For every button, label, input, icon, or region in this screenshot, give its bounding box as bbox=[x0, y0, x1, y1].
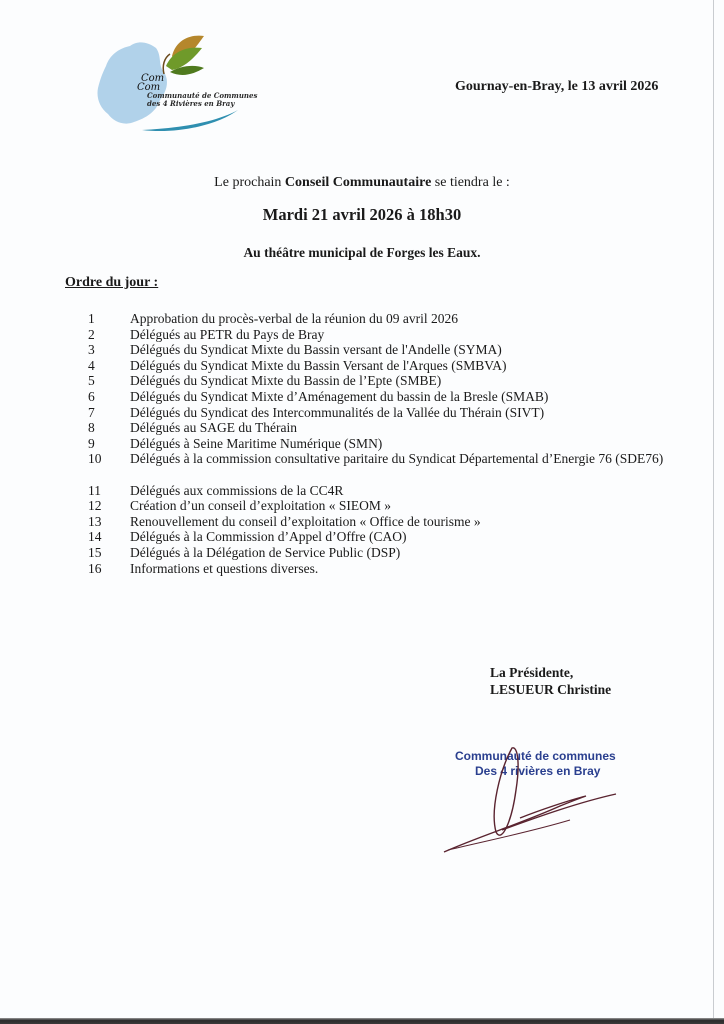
agenda-item: 4Délégués du Syndicat Mixte du Bassin Ve… bbox=[0, 358, 724, 374]
agenda-item-text: Approbation du procès-verbal de la réuni… bbox=[130, 311, 690, 327]
agenda-item-text: Informations et questions diverses. bbox=[130, 561, 690, 577]
signatory-block: La Présidente, LESUEUR Christine bbox=[490, 664, 611, 698]
agenda-item: 12Création d’un conseil d’exploitation «… bbox=[0, 498, 724, 514]
meeting-venue: Au théâtre municipal de Forges les Eaux. bbox=[0, 245, 724, 261]
meeting-intro: Le prochain Conseil Communautaire se tie… bbox=[0, 175, 724, 191]
agenda-item-text: Délégués du Syndicat Mixte du Bassin Ver… bbox=[130, 358, 690, 374]
agenda-list: 1Approbation du procès-verbal de la réun… bbox=[0, 311, 724, 576]
handwritten-signature-icon bbox=[440, 740, 640, 860]
agenda-item-text: Délégués au SAGE du Thérain bbox=[130, 420, 690, 436]
agenda-item: 13Renouvellement du conseil d’exploitati… bbox=[0, 514, 724, 530]
signatory-name: LESUEUR Christine bbox=[490, 681, 611, 698]
agenda-item-text: Délégués au PETR du Pays de Bray bbox=[130, 327, 690, 343]
agenda-item-text: Délégués à Seine Maritime Numérique (SMN… bbox=[130, 436, 690, 452]
page-bottom-edge bbox=[0, 1018, 724, 1024]
meeting-date: Mardi 21 avril 2026 à 18h30 bbox=[0, 205, 724, 225]
agenda-item: 10Délégués à la commission consultative … bbox=[0, 451, 724, 482]
agenda-item-number: 9 bbox=[88, 436, 108, 452]
agenda-item: 8Délégués au SAGE du Thérain bbox=[0, 420, 724, 436]
agenda-item-number: 7 bbox=[88, 405, 108, 421]
agenda-item-number: 10 bbox=[88, 451, 108, 467]
agenda-item-text: Délégués du Syndicat Mixte d’Aménagement… bbox=[130, 389, 690, 405]
agenda-item-number: 14 bbox=[88, 529, 108, 545]
agenda-item-number: 11 bbox=[88, 483, 108, 499]
intro-suffix: se tiendra le : bbox=[431, 175, 510, 190]
agenda-item: 2Délégués au PETR du Pays de Bray bbox=[0, 327, 724, 343]
agenda-item-number: 16 bbox=[88, 561, 108, 577]
agenda-item: 15Délégués à la Délégation de Service Pu… bbox=[0, 545, 724, 561]
logo-org-name: Communauté de Communes des 4 Rivières en… bbox=[147, 92, 257, 108]
agenda-item-number: 4 bbox=[88, 358, 108, 374]
intro-prefix: Le prochain bbox=[214, 175, 285, 190]
agenda-item-number: 12 bbox=[88, 498, 108, 514]
agenda-item-text: Délégués à la Délégation de Service Publ… bbox=[130, 545, 690, 561]
agenda-item-text: Délégués aux commissions de la CC4R bbox=[130, 483, 690, 499]
agenda-item: 16Informations et questions diverses. bbox=[0, 561, 724, 577]
agenda-item-text: Délégués à la commission consultative pa… bbox=[130, 451, 690, 467]
signatory-role: La Présidente, bbox=[490, 664, 611, 681]
agenda-item-number: 6 bbox=[88, 389, 108, 405]
agenda-item-number: 15 bbox=[88, 545, 108, 561]
place-and-date: Gournay-en-Bray, le 13 avril 2026 bbox=[455, 79, 658, 95]
leaf-logo-icon bbox=[86, 26, 266, 138]
logo-org-line2: des 4 Rivières en Bray bbox=[147, 99, 234, 108]
agenda-item: 1Approbation du procès-verbal de la réun… bbox=[0, 311, 724, 327]
agenda-item-text: Création d’un conseil d’exploitation « S… bbox=[130, 498, 690, 514]
agenda-item-text: Délégués du Syndicat Mixte du Bassin ver… bbox=[130, 342, 690, 358]
agenda-item: 5Délégués du Syndicat Mixte du Bassin de… bbox=[0, 373, 724, 389]
agenda-item: 3Délégués du Syndicat Mixte du Bassin ve… bbox=[0, 342, 724, 358]
agenda-item-number: 13 bbox=[88, 514, 108, 530]
agenda-item-number: 5 bbox=[88, 373, 108, 389]
agenda-item-number: 8 bbox=[88, 420, 108, 436]
agenda-item-number: 3 bbox=[88, 342, 108, 358]
intro-council-name: Conseil Communautaire bbox=[285, 175, 431, 190]
agenda-item-text: Délégués du Syndicat Mixte du Bassin de … bbox=[130, 373, 690, 389]
agenda-item: 14Délégués à la Commission d’Appel d’Off… bbox=[0, 529, 724, 545]
agenda-item-number: 1 bbox=[88, 311, 108, 327]
agenda-item-text: Délégués du Syndicat des Intercommunalit… bbox=[130, 405, 690, 421]
agenda-item-text: Délégués à la Commission d’Appel d’Offre… bbox=[130, 529, 690, 545]
agenda-item-text: Renouvellement du conseil d’exploitation… bbox=[130, 514, 690, 530]
agenda-item-number: 2 bbox=[88, 327, 108, 343]
agenda-item: 6Délégués du Syndicat Mixte d’Aménagemen… bbox=[0, 389, 724, 405]
agenda-item: 9Délégués à Seine Maritime Numérique (SM… bbox=[0, 436, 724, 452]
agenda-title: Ordre du jour : bbox=[65, 275, 158, 291]
agenda-item: 7Délégués du Syndicat des Intercommunali… bbox=[0, 405, 724, 421]
agenda-item: 11Délégués aux commissions de la CC4R bbox=[0, 483, 724, 499]
